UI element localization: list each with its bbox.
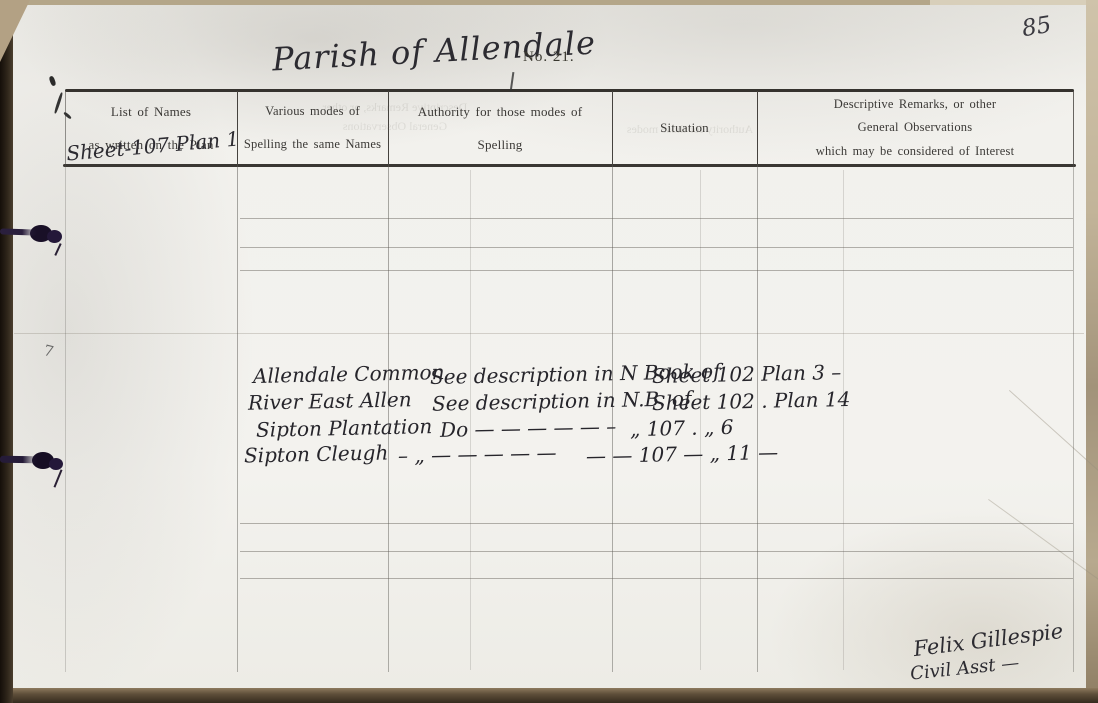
table-header-bottom-rule xyxy=(63,164,1076,167)
column-header-line: General Observations xyxy=(858,120,973,135)
entry-name: Allendale Common xyxy=(253,360,445,388)
table-row-rule xyxy=(240,218,1073,219)
scanned-register-page: Descriptive Remarks, or other General Ob… xyxy=(0,0,1098,703)
table-row: Allendale Common See description in N Bo… xyxy=(0,362,1098,392)
entry-authority: – „ — — — — — xyxy=(398,440,557,467)
table-top-rule xyxy=(65,89,1074,92)
book-edge-right xyxy=(1086,0,1098,703)
column-header-line: Spelling the same Names xyxy=(244,137,381,152)
book-edge-bottom xyxy=(0,688,1098,703)
page-number-handwritten: 85 xyxy=(1020,12,1053,42)
entry-sheet-plan-reference: „ 107 . „ 6 xyxy=(630,415,734,441)
entry-name: River East Allen xyxy=(248,387,412,414)
column-header-line: Authority for those modes of xyxy=(418,104,583,120)
entry-name: Sipton Plantation xyxy=(256,414,433,442)
table-row-rule xyxy=(240,551,1073,552)
binding-edge-left xyxy=(0,0,13,703)
column-header-line: List of Names xyxy=(111,104,191,120)
binding-ink-blot xyxy=(49,458,63,470)
paper-crease xyxy=(14,333,1084,334)
table-row-rule xyxy=(240,578,1073,579)
entry-sheet-plan-reference: Sheet 102 Plan 3 – xyxy=(652,360,842,388)
table-row: River East Allen See description in N.B.… xyxy=(0,389,1098,419)
binding-ink-blot xyxy=(47,230,62,243)
ink-smear xyxy=(0,228,37,235)
table-row-rule xyxy=(240,247,1073,248)
entry-authority: Do — — — — — – xyxy=(440,414,617,442)
entry-sheet-plan-reference: — — 107 — „ 11 — xyxy=(586,440,779,468)
entry-sheet-plan-reference: Sheet 102 . Plan 14 xyxy=(652,387,851,415)
column-header-line: Situation xyxy=(660,120,709,136)
column-header-line: which may be considered of Interest xyxy=(816,144,1015,159)
table-row-rule xyxy=(240,270,1073,271)
column-header-authority: Authority for those modes of Spelling xyxy=(388,95,612,161)
column-header-line: Various modes of xyxy=(265,104,360,119)
form-number: No. 21. xyxy=(523,49,575,66)
column-header-spelling-modes: Various modes of Spelling the same Names xyxy=(237,95,388,161)
column-header-descriptive-remarks: Descriptive Remarks, or other General Ob… xyxy=(757,93,1073,163)
entry-name: Sipton Cleugh xyxy=(244,440,389,467)
column-header-situation: Situation xyxy=(612,95,757,161)
ink-smear xyxy=(0,456,38,464)
column-header-line: Spelling xyxy=(478,137,523,153)
column-header-line: Descriptive Remarks, or other xyxy=(834,97,996,112)
table-row-rule xyxy=(240,523,1073,524)
table-row: Sipton Cleugh – „ — — — — — — — 107 — „ … xyxy=(0,442,1098,472)
